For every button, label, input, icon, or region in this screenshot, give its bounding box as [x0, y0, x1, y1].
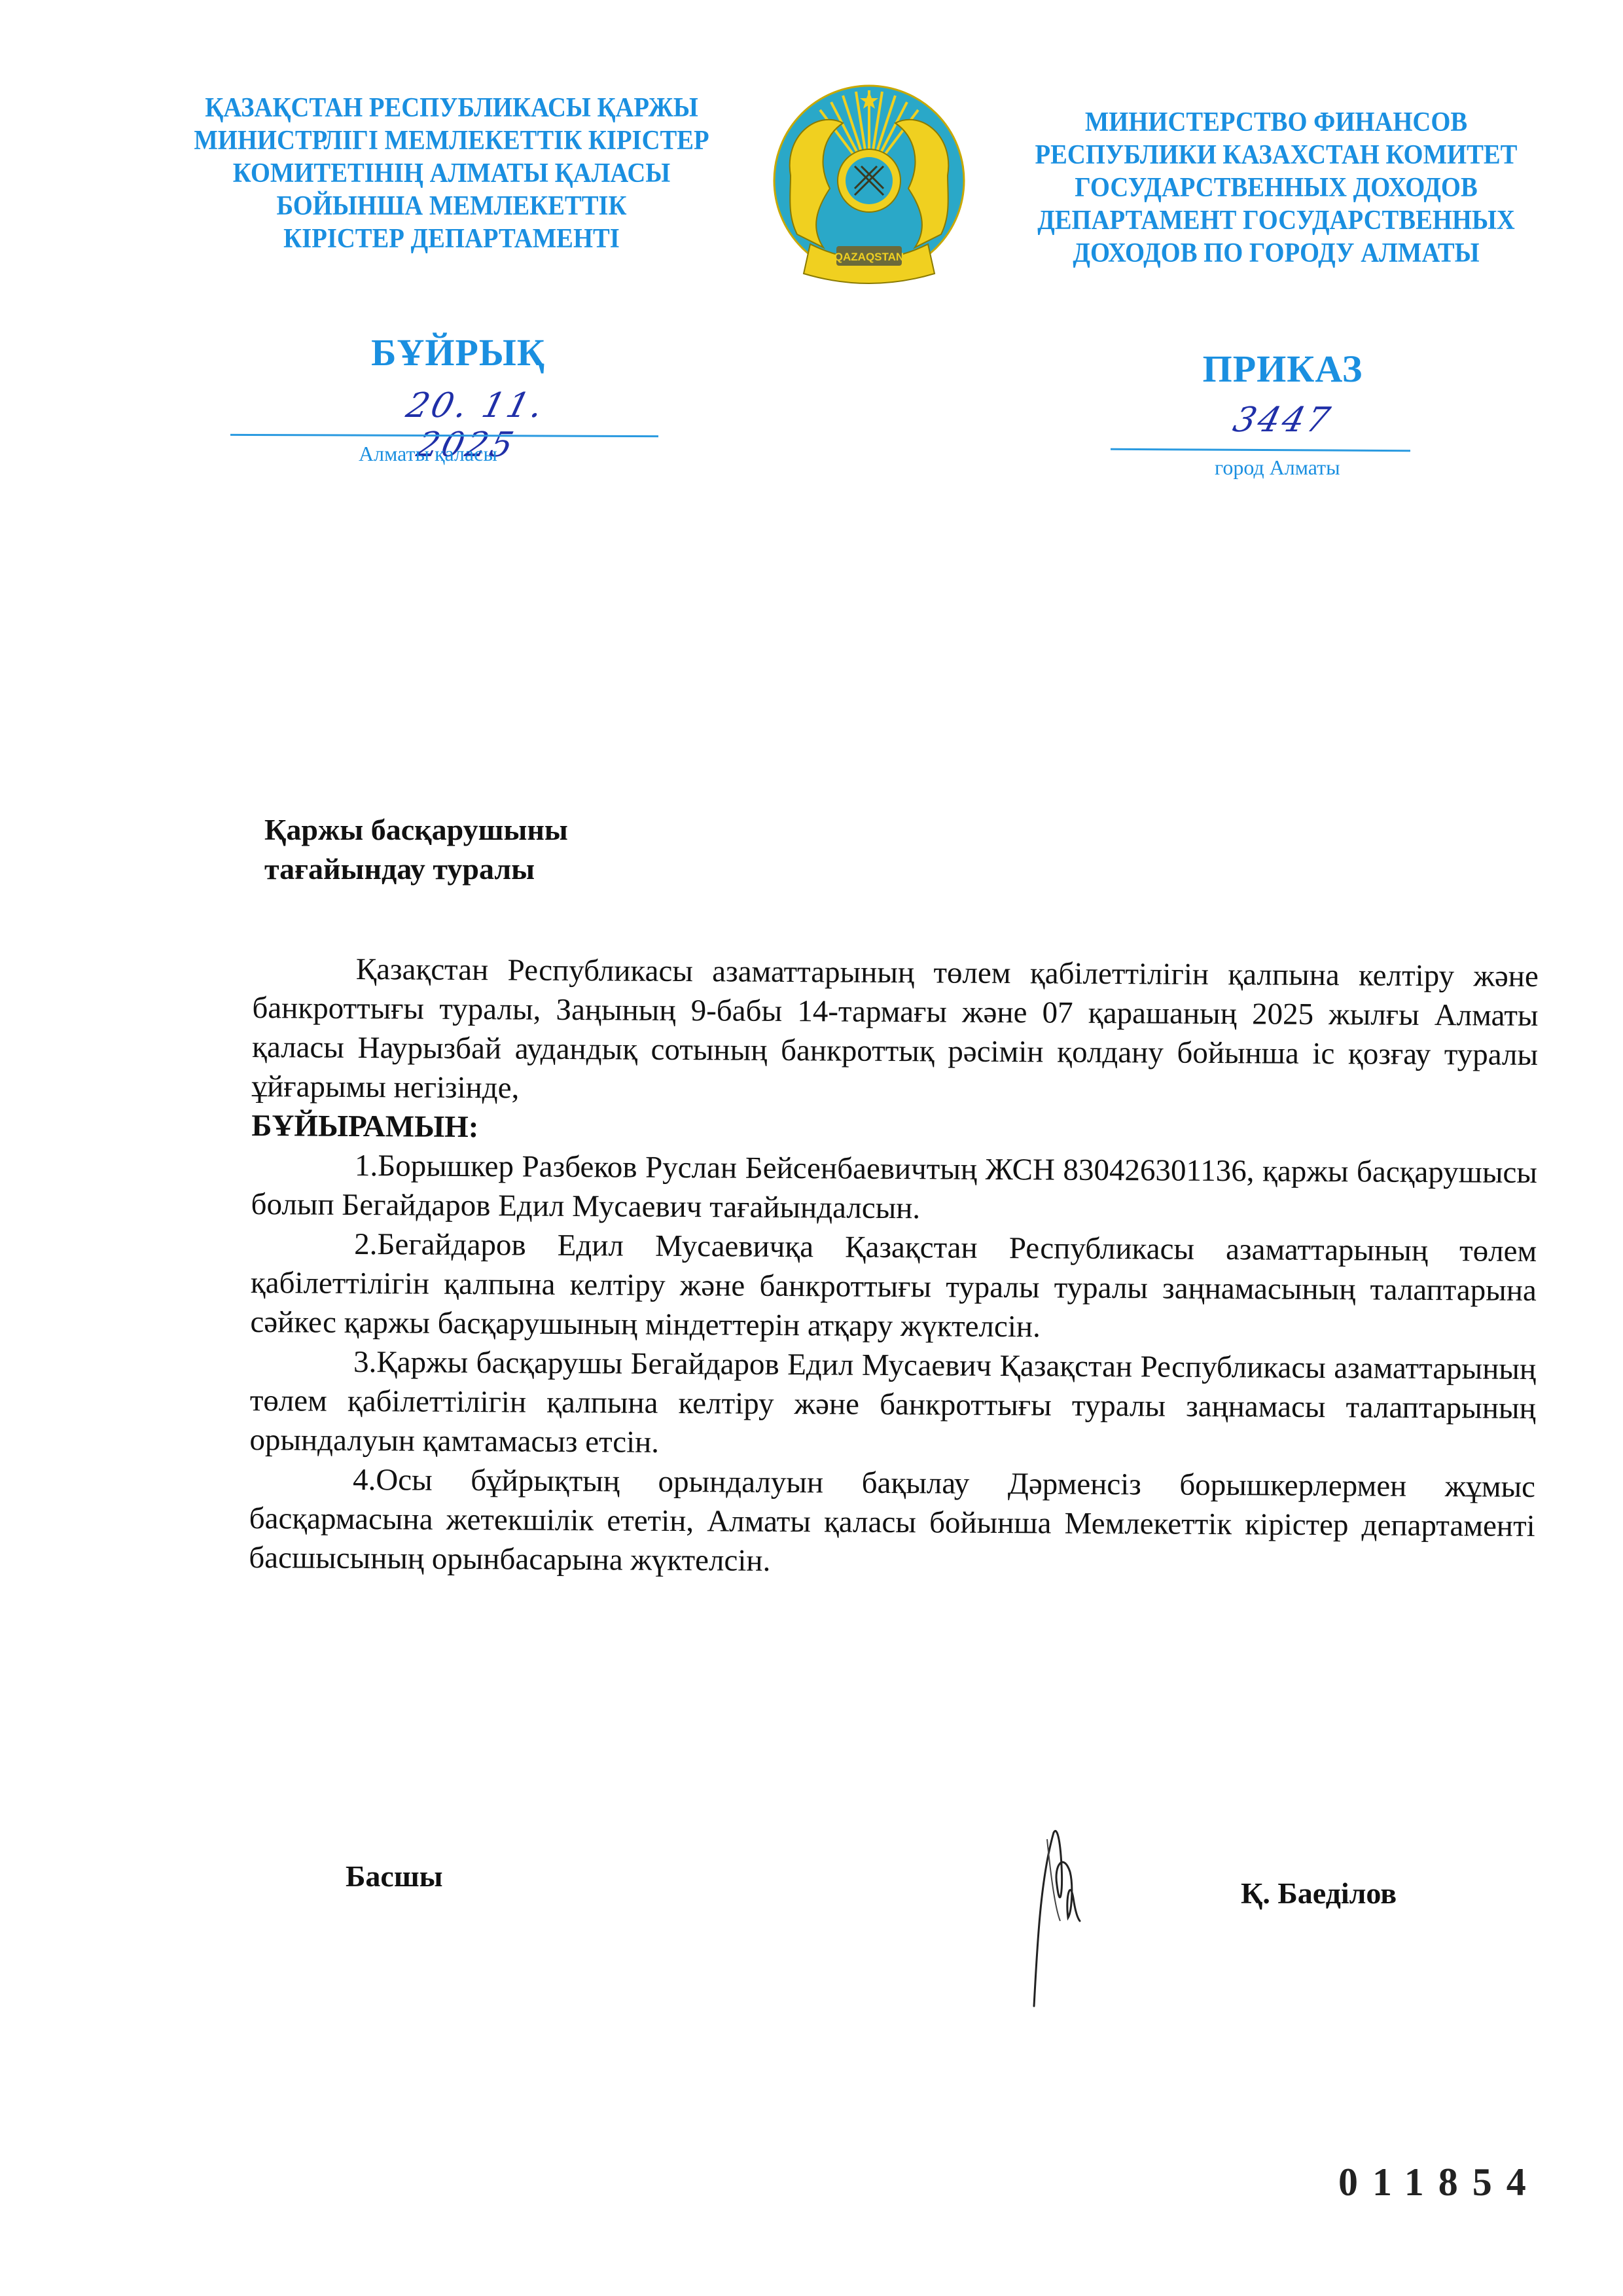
- header-russian-line: МИНИСТЕРСТВО ФИНАНСОВ: [1017, 106, 1535, 139]
- header-russian-line: ДЕПАРТАМЕНТ ГОСУДАРСТВЕННЫХ: [1017, 204, 1535, 237]
- order-title-russian: ПРИКАЗ: [1191, 347, 1374, 391]
- order-title-kazakh: БҰЙРЫҚ: [353, 331, 563, 374]
- order-city-russian: город Алматы: [1215, 456, 1340, 480]
- order-item: 4.Осы бұйрықтың орындалуын бақылау Дәрме…: [249, 1460, 1535, 1585]
- header-kazakh-line: КОМИТЕТІНІҢ АЛМАТЫ ҚАЛАСЫ: [192, 157, 710, 190]
- form-serial-number: 011854: [1338, 2160, 1541, 2205]
- header-russian-line: РЕСПУБЛИКИ КАЗАХСТАН КОМИТЕТ: [1017, 139, 1535, 171]
- order-title-russian-block: ПРИКАЗ: [1191, 347, 1374, 391]
- signatory-name: Қ. Баеділов: [1241, 1876, 1397, 1910]
- order-item: 2.Бегайдаров Едил Мусаевичқа Қазақстан Р…: [250, 1224, 1537, 1350]
- header-kazakh-line: КІРІСТЕР ДЕПАРТАМЕНТІ: [192, 223, 710, 255]
- header-kazakh-line: БОЙЫНША МЕМЛЕКЕТТІК: [192, 190, 710, 223]
- handwritten-signature-icon: [1008, 1813, 1139, 2009]
- order-subject-line: тағайындау туралы: [264, 850, 568, 889]
- order-number-underline: [1111, 448, 1410, 452]
- order-city-kazakh: Алматы қаласы: [359, 442, 497, 466]
- order-subject-line: Қаржы басқарушыны: [264, 810, 568, 850]
- order-body: Қазақстан Республикасы азаматтарының төл…: [249, 949, 1539, 1585]
- header-kazakh: ҚАЗАҚСТАН РЕСПУБЛИКАСЫ ҚАРЖЫ МИНИСТРЛІГІ…: [192, 92, 710, 255]
- header-russian: МИНИСТЕРСТВО ФИНАНСОВ РЕСПУБЛИКИ КАЗАХСТ…: [1017, 106, 1535, 270]
- order-number-handwritten: 3447: [1213, 401, 1353, 440]
- order-subject: Қаржы басқарушыны тағайындау туралы: [264, 810, 568, 889]
- order-preamble: Қазақстан Республикасы азаматтарының төл…: [252, 949, 1539, 1114]
- header-russian-line: ДОХОДОВ ПО ГОРОДУ АЛМАТЫ: [1017, 237, 1535, 270]
- order-title-kazakh-block: БҰЙРЫҚ: [353, 331, 563, 374]
- header-kazakh-line: МИНИСТРЛІГІ МЕМЛЕКЕТТІК КІРІСТЕР: [192, 124, 710, 157]
- order-item: 3.Қаржы басқарушы Бегайдаров Едил Мусаев…: [249, 1342, 1536, 1467]
- svg-text:QAZAQSTAN: QAZAQSTAN: [834, 251, 904, 263]
- header-russian-line: ГОСУДАРСТВЕННЫХ ДОХОДОВ: [1017, 171, 1535, 204]
- signatory-role: Басшы: [346, 1859, 443, 1893]
- kazakhstan-state-emblem-icon: QAZAQSTAN: [771, 77, 967, 293]
- order-item: 1.Борышкер Разбеков Руслан Бейсенбаевичт…: [251, 1145, 1537, 1232]
- header-kazakh-line: ҚАЗАҚСТАН РЕСПУБЛИКАСЫ ҚАРЖЫ: [192, 92, 710, 124]
